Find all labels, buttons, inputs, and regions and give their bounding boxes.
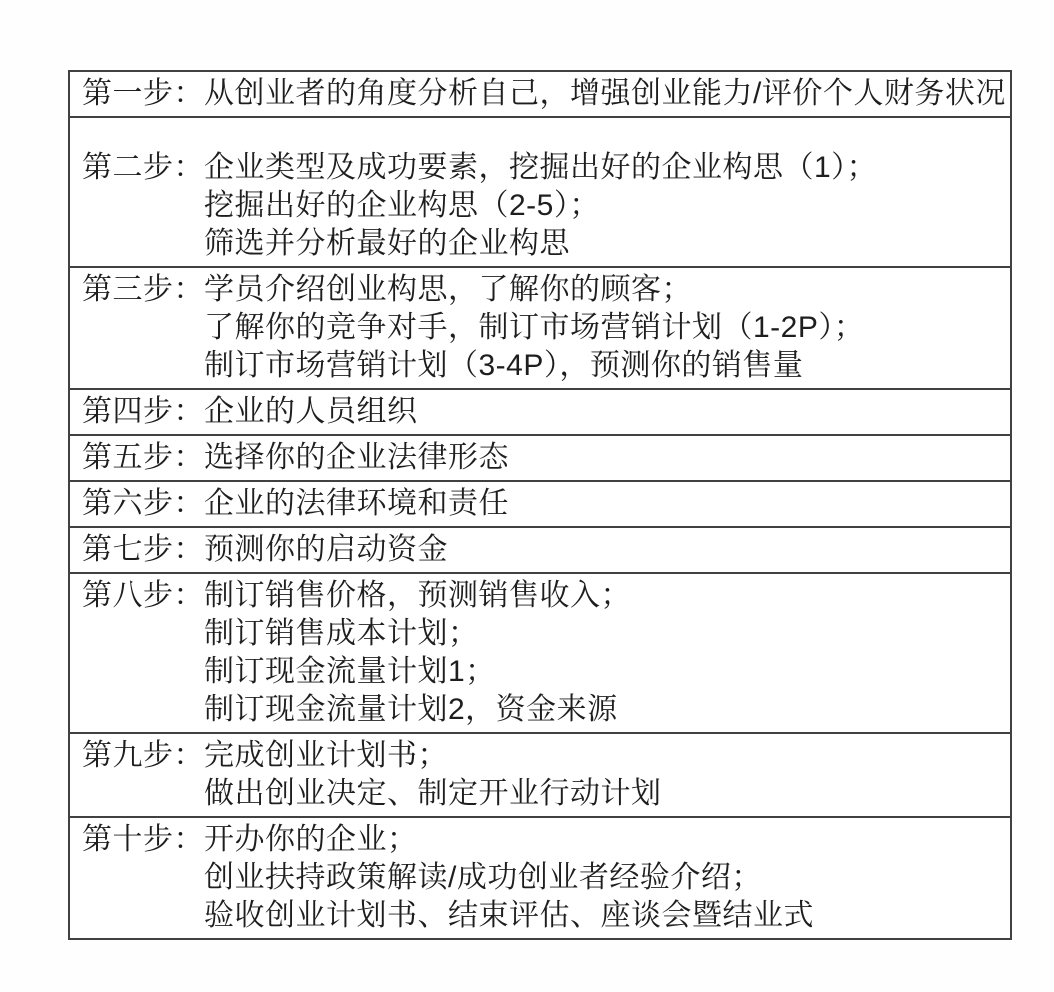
table-row-step-6: 第六步： 企业的法律环境和责任 (70, 480, 1010, 526)
step-6-label: 第六步： (82, 485, 204, 523)
step-3-content: 学员介绍创业构思，了解你的顾客； 了解你的竞争对手，制订市场营销计划（1-2P）… (204, 271, 1002, 385)
step-6-line-1: 企业的法律环境和责任 (204, 485, 1002, 523)
step-5-label: 第五步： (82, 439, 204, 477)
step-7-content: 预测你的启动资金 (204, 531, 1002, 569)
table-row-step-3: 第三步： 学员介绍创业构思，了解你的顾客； 了解你的竞争对手，制订市场营销计划（… (70, 266, 1010, 388)
step-2-content: 企业类型及成功要素，挖掘出好的企业构思（1）； 挖掘出好的企业构思（2-5）； … (204, 149, 1002, 263)
step-3-line-3: 制订市场营销计划（3-4P），预测你的销售量 (204, 347, 1002, 385)
step-9-content: 完成创业计划书； 做出创业决定、制定开业行动计划 (204, 737, 1002, 813)
step-9-line-2: 做出创业决定、制定开业行动计划 (204, 775, 1002, 813)
table-row-step-8: 第八步： 制订销售价格，预测销售收入； 制订销售成本计划； 制订现金流量计划1；… (70, 572, 1010, 732)
step-5-line-1: 选择你的企业法律形态 (204, 439, 1002, 477)
step-4-line-1: 企业的人员组织 (204, 393, 1002, 431)
step-2-line-1: 企业类型及成功要素，挖掘出好的企业构思（1）； (204, 149, 1002, 187)
step-2-line-3: 筛选并分析最好的企业构思 (204, 225, 1002, 263)
step-1-line-1: 从创业者的角度分析自己，增强创业能力/评价个人财务状况 (204, 75, 1002, 113)
table-row-step-1: 第一步： 从创业者的角度分析自己，增强创业能力/评价个人财务状况 (70, 72, 1010, 116)
step-8-label: 第八步： (82, 577, 204, 615)
step-2-label: 第二步： (82, 149, 204, 187)
step-10-line-2: 创业扶持政策解读/成功创业者经验介绍； (204, 859, 1002, 897)
step-3-line-1: 学员介绍创业构思，了解你的顾客； (204, 271, 1002, 309)
training-steps-table: 第一步： 从创业者的角度分析自己，增强创业能力/评价个人财务状况 第二步： 企业… (68, 70, 1012, 940)
table-row-step-7: 第七步： 预测你的启动资金 (70, 526, 1010, 572)
step-6-content: 企业的法律环境和责任 (204, 485, 1002, 523)
step-8-line-2: 制订销售成本计划； (204, 615, 1002, 653)
table-row-step-9: 第九步： 完成创业计划书； 做出创业决定、制定开业行动计划 (70, 732, 1010, 816)
table-row-step-4: 第四步： 企业的人员组织 (70, 388, 1010, 434)
step-10-content: 开办你的企业； 创业扶持政策解读/成功创业者经验介绍； 验收创业计划书、结束评估… (204, 821, 1002, 935)
step-1-label: 第一步： (82, 75, 204, 113)
page: 第一步： 从创业者的角度分析自己，增强创业能力/评价个人财务状况 第二步： 企业… (0, 0, 1054, 992)
step-8-line-1: 制订销售价格，预测销售收入； (204, 577, 1002, 615)
step-3-label: 第三步： (82, 271, 204, 309)
step-10-line-3: 验收创业计划书、结束评估、座谈会暨结业式 (204, 897, 1002, 935)
table-row-step-2: 第二步： 企业类型及成功要素，挖掘出好的企业构思（1）； 挖掘出好的企业构思（2… (70, 116, 1010, 266)
table-row-step-5: 第五步： 选择你的企业法律形态 (70, 434, 1010, 480)
step-8-line-4: 制订现金流量计划2，资金来源 (204, 691, 1002, 729)
step-1-content: 从创业者的角度分析自己，增强创业能力/评价个人财务状况 (204, 75, 1002, 113)
step-4-label: 第四步： (82, 393, 204, 431)
step-10-label: 第十步： (82, 821, 204, 859)
table-row-step-10: 第十步： 开办你的企业； 创业扶持政策解读/成功创业者经验介绍； 验收创业计划书… (70, 816, 1010, 938)
step-5-content: 选择你的企业法律形态 (204, 439, 1002, 477)
step-9-line-1: 完成创业计划书； (204, 737, 1002, 775)
step-9-label: 第九步： (82, 737, 204, 775)
step-3-line-2: 了解你的竞争对手，制订市场营销计划（1-2P）； (204, 309, 1002, 347)
step-8-line-3: 制订现金流量计划1； (204, 653, 1002, 691)
step-10-line-1: 开办你的企业； (204, 821, 1002, 859)
step-2-line-2: 挖掘出好的企业构思（2-5）； (204, 187, 1002, 225)
step-7-line-1: 预测你的启动资金 (204, 531, 1002, 569)
step-8-content: 制订销售价格，预测销售收入； 制订销售成本计划； 制订现金流量计划1； 制订现金… (204, 577, 1002, 729)
step-4-content: 企业的人员组织 (204, 393, 1002, 431)
step-7-label: 第七步： (82, 531, 204, 569)
